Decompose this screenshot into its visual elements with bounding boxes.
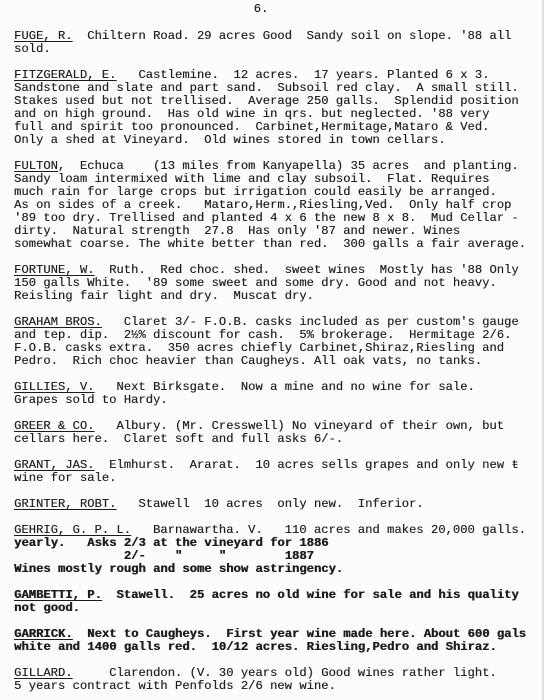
directory-entry: GILLARD. Clarendon. (V. 30 years old) Go… bbox=[14, 667, 538, 693]
entry-name: GILLARD. bbox=[14, 666, 73, 680]
entry-line: Next to Caugheys. First year wine made h… bbox=[73, 627, 526, 641]
entry-line: yearly. Asks 2/3 at the vineyard for 188… bbox=[14, 536, 329, 550]
directory-entry: GRANT, JAS. Elmhurst. Ararat. 10 acres s… bbox=[14, 459, 538, 485]
entry-line: sold. bbox=[14, 42, 51, 56]
entry-line: wine for sale. bbox=[14, 471, 116, 485]
entry-line: and tep. dip. 2½% discount for cash. 5% … bbox=[14, 328, 511, 342]
entry-name: GILLIES, V. bbox=[14, 380, 94, 394]
document-page: 6. FUGE, R. Chiltern Road. 29 acres Good… bbox=[0, 0, 544, 700]
entry-line: F.O.B. casks extra. 350 acres chiefly Ca… bbox=[14, 341, 504, 355]
directory-entry: FULTON, Echuca (13 miles from Kanyapella… bbox=[14, 160, 538, 251]
directory-entry: FORTUNE, W. Ruth. Red choc. shed. sweet … bbox=[14, 264, 538, 303]
page-content: 6. FUGE, R. Chiltern Road. 29 acres Good… bbox=[0, 0, 542, 693]
entry-line: Albury. (Mr. Cresswell) No vineyard of t… bbox=[94, 419, 504, 433]
entry-line: much rain for large crops but irrigation… bbox=[14, 185, 497, 199]
entry-line: white and 1400 galls red. 10/12 acres. R… bbox=[14, 640, 497, 654]
entry-line: Only a shed at Vineyard. Old wines store… bbox=[14, 133, 446, 147]
entry-name: GEHRIG, G. P. L. bbox=[14, 523, 131, 537]
entry-line: full and spirit too pronounced. Carbinet… bbox=[14, 120, 489, 134]
entry-line: Pedro. Rich choc heavier than Caugheys. … bbox=[14, 354, 482, 368]
entry-name: GAMBETTI, P. bbox=[14, 588, 102, 602]
entry-line: cellars here. Claret soft and full asks … bbox=[14, 432, 343, 446]
entry-name: FORTUNE, W. bbox=[14, 263, 94, 277]
entry-line: Claret 3/- F.O.B. casks included as per … bbox=[102, 315, 519, 329]
entry-line: Barnawartha. V. 110 acres and makes 20,0… bbox=[131, 523, 526, 537]
entry-line: Stakes used but not trellised. Average 2… bbox=[14, 94, 519, 108]
entry-line: Chiltern Road. 29 acres Good Sandy soil … bbox=[73, 29, 512, 43]
entry-line: Ruth. Red choc. shed. sweet wines Mostly… bbox=[94, 263, 518, 277]
entry-name: GARRICK. bbox=[14, 627, 73, 641]
entry-line: 5 years contract with Penfolds 2/6 new w… bbox=[14, 679, 336, 693]
directory-entry: GRINTER, ROBT. Stawell 10 acres only new… bbox=[14, 498, 538, 511]
entry-line: Clarendon. (V. 30 years old) Good wines … bbox=[73, 666, 497, 680]
entry-line: Grapes sold to Hardy. bbox=[14, 393, 168, 407]
entry-line: dirty. Natural strength 27.8 Has only '8… bbox=[14, 224, 460, 238]
entry-line: As on sides of a creek. Mataro,Herm.,Rie… bbox=[14, 198, 511, 212]
entry-line: , Echuca (13 miles from Kanyapella) 35 a… bbox=[58, 159, 519, 173]
entry-line: 150 galls White. '89 some sweet and some… bbox=[14, 276, 497, 290]
directory-entry: FITZGERALD, E. Castlemine. 12 acres. 17 … bbox=[14, 69, 538, 147]
directory-entry: GRAHAM BROS. Claret 3/- F.O.B. casks inc… bbox=[14, 316, 538, 368]
entry-line: Stawell. 25 acres no old wine for sale a… bbox=[102, 588, 519, 602]
entry-name: FUGE, R. bbox=[14, 29, 73, 43]
entry-line: somewhat coarse. The white better than r… bbox=[14, 237, 526, 251]
entry-line: Sandy loam intermixed with lime and clay… bbox=[14, 172, 489, 186]
entry-line: Castlemine. 12 acres. 17 years. Planted … bbox=[116, 68, 489, 82]
entry-line: 2/- " " 1887 bbox=[14, 549, 314, 563]
directory-entry: GREER & CO. Albury. (Mr. Cresswell) No v… bbox=[14, 420, 538, 446]
entry-name: GRINTER, ROBT. bbox=[14, 497, 116, 511]
entry-line: Elmhurst. Ararat. 10 acres sells grapes … bbox=[94, 458, 518, 472]
directory-entry: GARRICK. Next to Caugheys. First year wi… bbox=[14, 628, 538, 654]
entry-line: '89 too dry. Trellised and planted 4 x 6… bbox=[14, 211, 519, 225]
entry-name: FITZGERALD, E. bbox=[14, 68, 116, 82]
directory-entry: FUGE, R. Chiltern Road. 29 acres Good Sa… bbox=[14, 30, 538, 56]
directory-entry: GILLIES, V. Next Birksgate. Now a mine a… bbox=[14, 381, 538, 407]
entry-name: GRANT, JAS. bbox=[14, 458, 94, 472]
entry-name: GREER & CO. bbox=[14, 419, 94, 433]
entry-line: and on high ground. Has old wine in qrs.… bbox=[14, 107, 489, 121]
entry-line: not good. bbox=[14, 601, 80, 615]
entry-line: Reisling fair light and dry. Muscat dry. bbox=[14, 289, 314, 303]
directory-entry: GAMBETTI, P. Stawell. 25 acres no old wi… bbox=[14, 589, 538, 615]
entry-name: GRAHAM BROS. bbox=[14, 315, 102, 329]
entry-line: Next Birksgate. Now a mine and no wine f… bbox=[94, 380, 474, 394]
entries-list: FUGE, R. Chiltern Road. 29 acres Good Sa… bbox=[14, 30, 538, 693]
entry-line: Stawell 10 acres only new. Inferior. bbox=[116, 497, 423, 511]
directory-entry: GEHRIG, G. P. L. Barnawartha. V. 110 acr… bbox=[14, 524, 538, 576]
entry-line: Wines mostly rough and some show astring… bbox=[14, 562, 343, 576]
entry-line: Sandstone and slate and part sand. Subso… bbox=[14, 81, 519, 95]
entry-name: FULTON bbox=[14, 159, 58, 173]
page-number: 6. bbox=[14, 3, 508, 16]
